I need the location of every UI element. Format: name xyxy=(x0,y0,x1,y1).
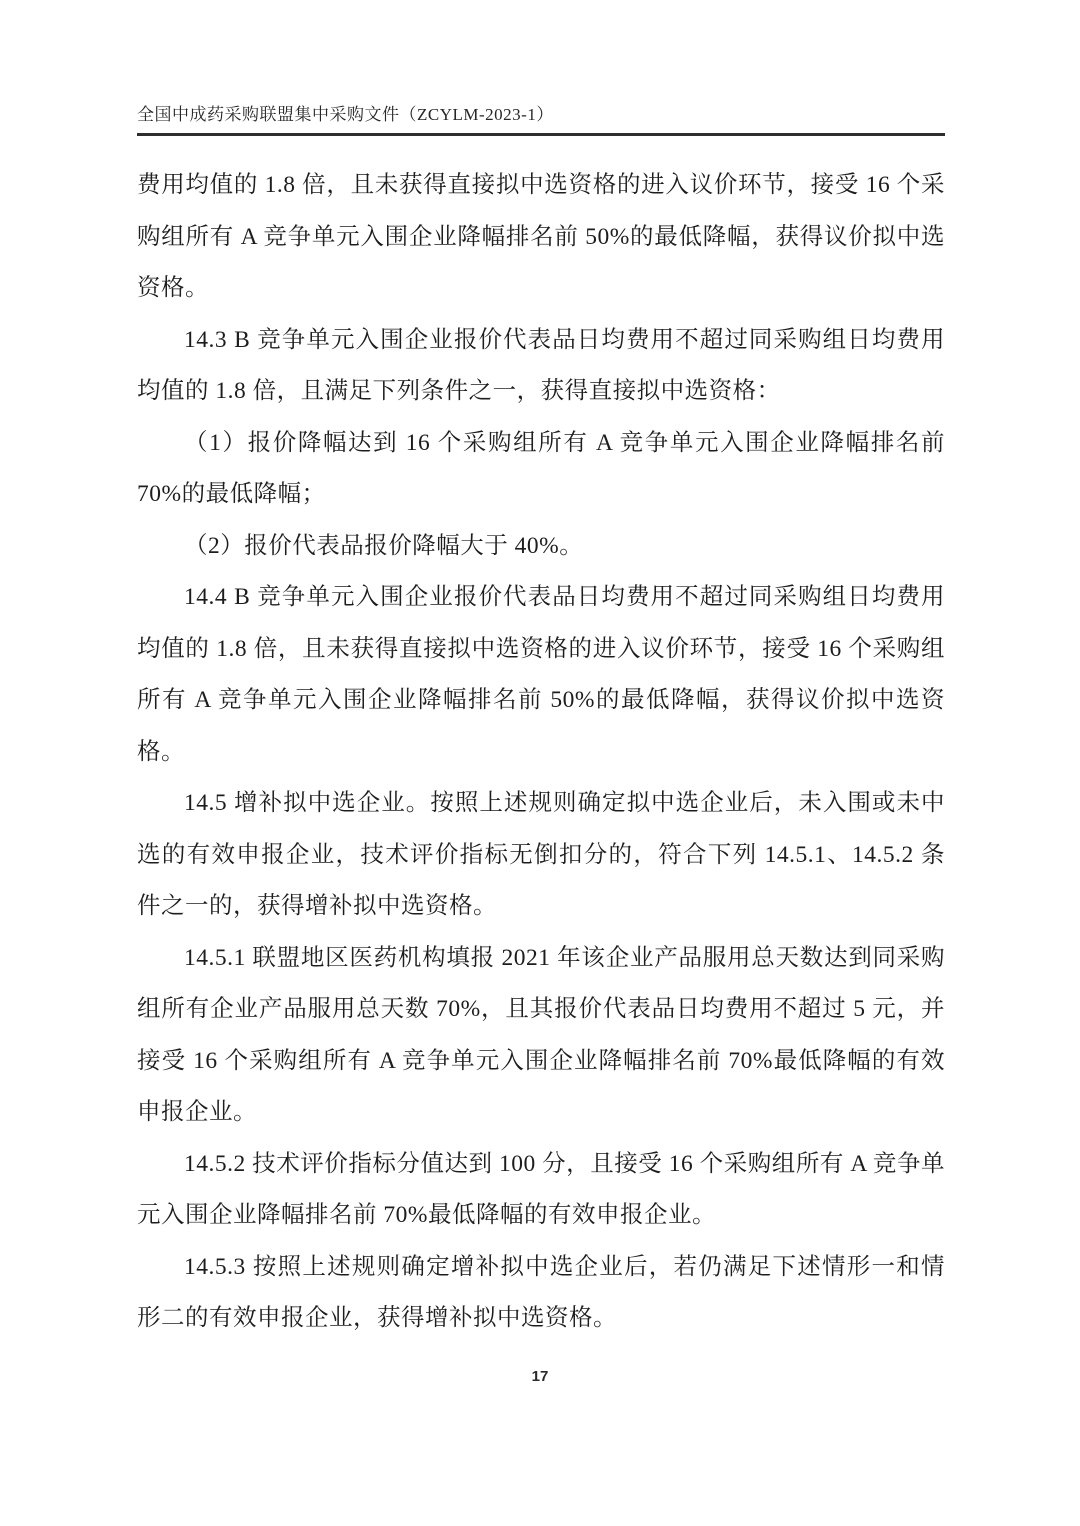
paragraph-14-5-3: 14.5.3 按照上述规则确定增补拟中选企业后，若仍满足下述情形一和情形二的有效… xyxy=(137,1242,945,1345)
paragraph-14-3-item-1: （1）报价降幅达到 16 个采购组所有 A 竞争单元入围企业降幅排名前 70%的… xyxy=(137,418,945,521)
document-body: 费用均值的 1.8 倍，且未获得直接拟中选资格的进入议价环节，接受 16 个采购… xyxy=(137,160,945,1345)
paragraph-14-3: 14.3 B 竞争单元入围企业报价代表品日均费用不超过同采购组日均费用均值的 1… xyxy=(137,315,945,418)
document-header-title: 全国中成药采购联盟集中采购文件（ZCYLM-2023-1） xyxy=(137,100,945,125)
paragraph-14-5-1: 14.5.1 联盟地区医药机构填报 2021 年该企业产品服用总天数达到同采购组… xyxy=(137,933,945,1139)
paragraph-continuation: 费用均值的 1.8 倍，且未获得直接拟中选资格的进入议价环节，接受 16 个采购… xyxy=(137,160,945,315)
paragraph-14-5-2: 14.5.2 技术评价指标分值达到 100 分，且接受 16 个采购组所有 A … xyxy=(137,1139,945,1242)
page-header: 全国中成药采购联盟集中采购文件（ZCYLM-2023-1） xyxy=(137,100,945,136)
page-number: 17 xyxy=(532,1368,549,1385)
paragraph-14-3-item-2: （2）报价代表品报价降幅大于 40%。 xyxy=(137,521,945,573)
paragraph-14-5: 14.5 增补拟中选企业。按照上述规则确定拟中选企业后，未入围或未中选的有效申报… xyxy=(137,778,945,933)
header-divider xyxy=(137,133,945,136)
document-page: 全国中成药采购联盟集中采购文件（ZCYLM-2023-1） 费用均值的 1.8 … xyxy=(0,0,1080,1526)
page-footer: 17 xyxy=(0,1368,1080,1386)
paragraph-14-4: 14.4 B 竞争单元入围企业报价代表品日均费用不超过同采购组日均费用均值的 1… xyxy=(137,572,945,778)
